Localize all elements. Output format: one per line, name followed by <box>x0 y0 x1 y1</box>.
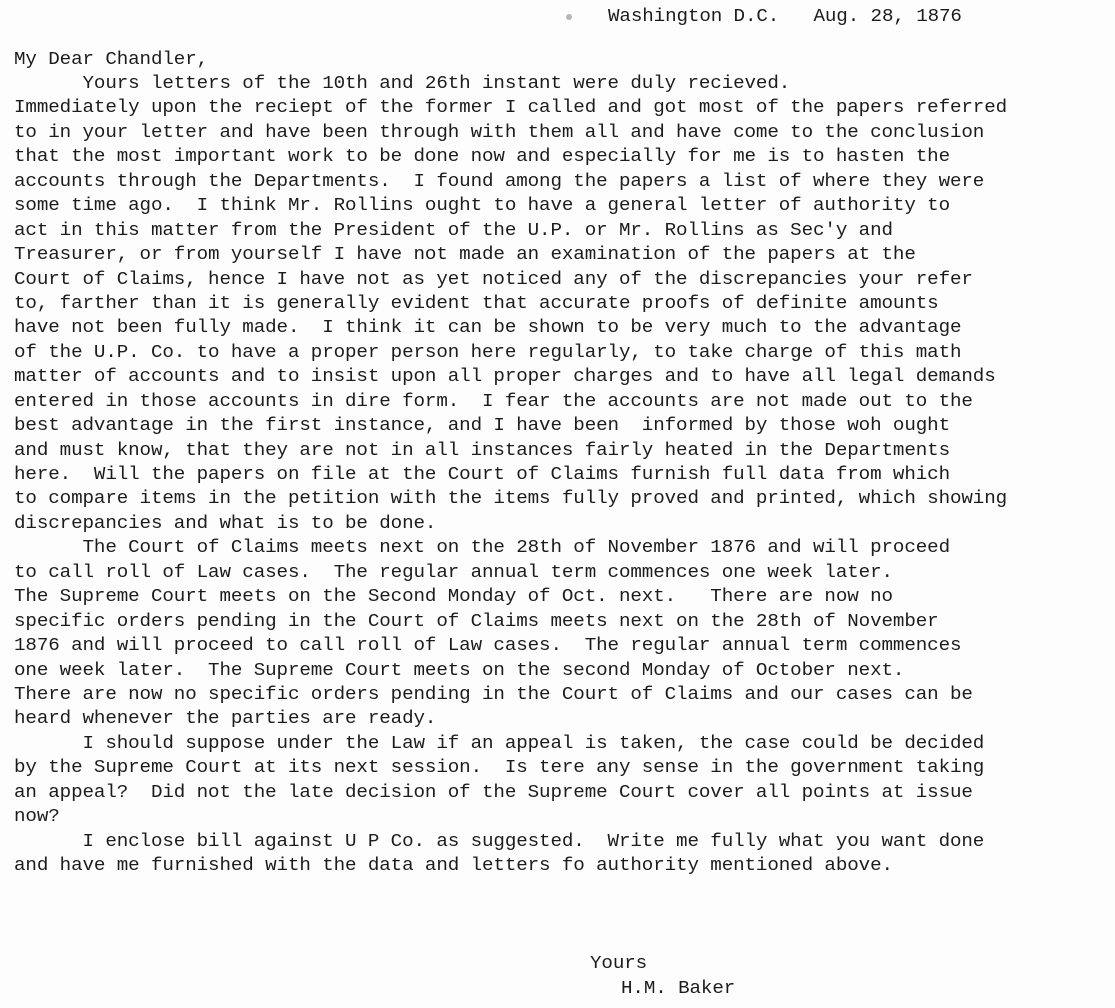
body-line: act in this matter from the President of… <box>0 219 1007 242</box>
body-line: by the Supreme Court at its next session… <box>0 756 1007 779</box>
body-line: an appeal? Did not the late decision of … <box>0 781 1007 804</box>
body-line: here. Will the papers on file at the Cou… <box>0 463 1007 486</box>
body-line: to, farther than it is generally evident… <box>0 292 1007 315</box>
body-line: Yours letters of the 10th and 26th insta… <box>0 72 1007 95</box>
body-line: 1876 and will proceed to call roll of La… <box>0 634 1007 657</box>
body-line: now? <box>0 805 1007 828</box>
body-line: I should suppose under the Law if an app… <box>0 732 1007 755</box>
body-line: discrepancies and what is to be done. <box>0 512 1007 535</box>
body-line: Treasurer, or from yourself I have not m… <box>0 243 1007 266</box>
letter-header-place-date: Washington D.C. Aug. 28, 1876 <box>608 5 962 28</box>
body-line: have not been fully made. I think it can… <box>0 316 1007 339</box>
body-line: to call roll of Law cases. The regular a… <box>0 561 1007 584</box>
body-line: The Supreme Court meets on the Second Mo… <box>0 585 1007 608</box>
salutation: My Dear Chandler, <box>14 48 208 71</box>
letter-body: Yours letters of the 10th and 26th insta… <box>0 72 1007 878</box>
closing: Yours <box>590 952 647 975</box>
body-line: to compare items in the petition with th… <box>0 487 1007 510</box>
body-line: that the most important work to be done … <box>0 145 1007 168</box>
body-line: of the U.P. Co. to have a proper person … <box>0 341 1007 364</box>
body-line: entered in those accounts in dire form. … <box>0 390 1007 413</box>
body-line: to in your letter and have been through … <box>0 121 1007 144</box>
body-line: best advantage in the first instance, an… <box>0 414 1007 437</box>
body-line: accounts through the Departments. I foun… <box>0 170 1007 193</box>
body-line: Immediately upon the reciept of the form… <box>0 96 1007 119</box>
body-line: some time ago. I think Mr. Rollins ought… <box>0 194 1007 217</box>
ink-speck <box>566 14 572 20</box>
body-line: specific orders pending in the Court of … <box>0 610 1007 633</box>
body-line: one week later. The Supreme Court meets … <box>0 659 1007 682</box>
body-line: The Court of Claims meets next on the 28… <box>0 536 1007 559</box>
body-line: Court of Claims, hence I have not as yet… <box>0 268 1007 291</box>
body-line: matter of accounts and to insist upon al… <box>0 365 1007 388</box>
signature: H.M. Baker <box>621 977 735 1000</box>
body-line: There are now no specific orders pending… <box>0 683 1007 706</box>
body-line: and have me furnished with the data and … <box>0 854 1007 877</box>
body-line: and must know, that they are not in all … <box>0 439 1007 462</box>
body-line: heard whenever the parties are ready. <box>0 707 1007 730</box>
body-line: I enclose bill against U P Co. as sugges… <box>0 830 1007 853</box>
